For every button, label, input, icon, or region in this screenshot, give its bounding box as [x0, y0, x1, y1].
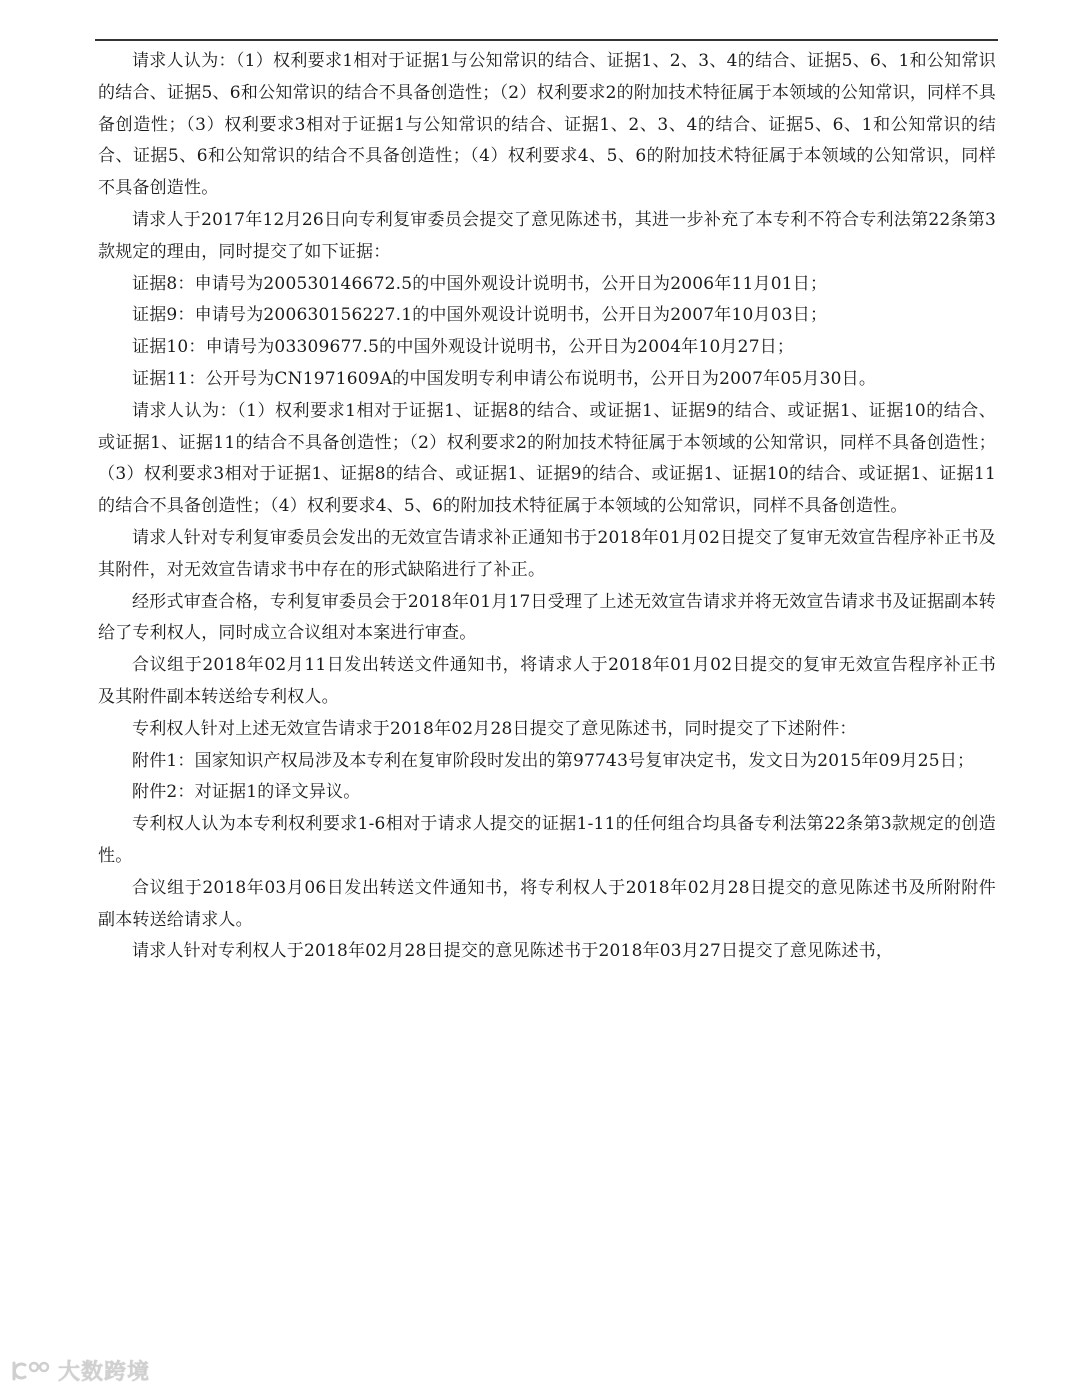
document-body: 请求人认为：（1）权利要求1相对于证据1与公知常识的结合、证据1、2、3、4的结…	[98, 46, 996, 968]
paragraph-evidence-11: 证据11：公开号为CN1971609A的中国发明专利申请公布说明书，公开日为20…	[98, 364, 996, 396]
watermark: 大数跨境	[8, 1355, 150, 1386]
paragraph-transfer-notice-1: 合议组于2018年02月11日发出转送文件通知书，将请求人于2018年01月02…	[98, 650, 996, 714]
paragraph-transfer-notice-2: 合议组于2018年03月06日发出转送文件通知书，将专利权人于2018年02月2…	[98, 873, 996, 937]
header-rule	[95, 39, 998, 41]
paragraph-evidence-8: 证据8：申请号为200530146672.5的中国外观设计说明书，公开日为200…	[98, 269, 996, 301]
paragraph-statement-submission: 请求人于2017年12月26日向专利复审委员会提交了意见陈述书，其进一步补充了本…	[98, 205, 996, 269]
paragraph-attachment-1: 附件1：国家知识产权局涉及本专利在复审阶段时发出的第97743号复审决定书，发文…	[98, 746, 996, 778]
paragraph-requester-opinion-2: 请求人认为：（1）权利要求1相对于证据1、证据8的结合、或证据1、证据9的结合、…	[98, 396, 996, 523]
paragraph-evidence-9: 证据9：申请号为200630156227.1的中国外观设计说明书，公开日为200…	[98, 300, 996, 332]
kuajing-logo-icon	[8, 1359, 52, 1383]
paragraph-requester-response: 请求人针对专利权人于2018年02月28日提交的意见陈述书于2018年03月27…	[98, 936, 996, 968]
paragraph-evidence-10: 证据10：申请号为03309677.5的中国外观设计说明书，公开日为2004年1…	[98, 332, 996, 364]
paragraph-patentee-statement: 专利权人针对上述无效宣告请求于2018年02月28日提交了意见陈述书，同时提交了…	[98, 714, 996, 746]
paragraph-requester-opinion-1: 请求人认为：（1）权利要求1相对于证据1与公知常识的结合、证据1、2、3、4的结…	[98, 46, 996, 205]
paragraph-formal-examination: 经形式审查合格，专利复审委员会于2018年01月17日受理了上述无效宣告请求并将…	[98, 587, 996, 651]
paragraph-patentee-opinion: 专利权人认为本专利权利要求1-6相对于请求人提交的证据1-11的任何组合均具备专…	[98, 809, 996, 873]
watermark-text: 大数跨境	[58, 1355, 150, 1386]
paragraph-attachment-2: 附件2：对证据1的译文异议。	[98, 777, 996, 809]
paragraph-correction-submission: 请求人针对专利复审委员会发出的无效宣告请求补正通知书于2018年01月02日提交…	[98, 523, 996, 587]
